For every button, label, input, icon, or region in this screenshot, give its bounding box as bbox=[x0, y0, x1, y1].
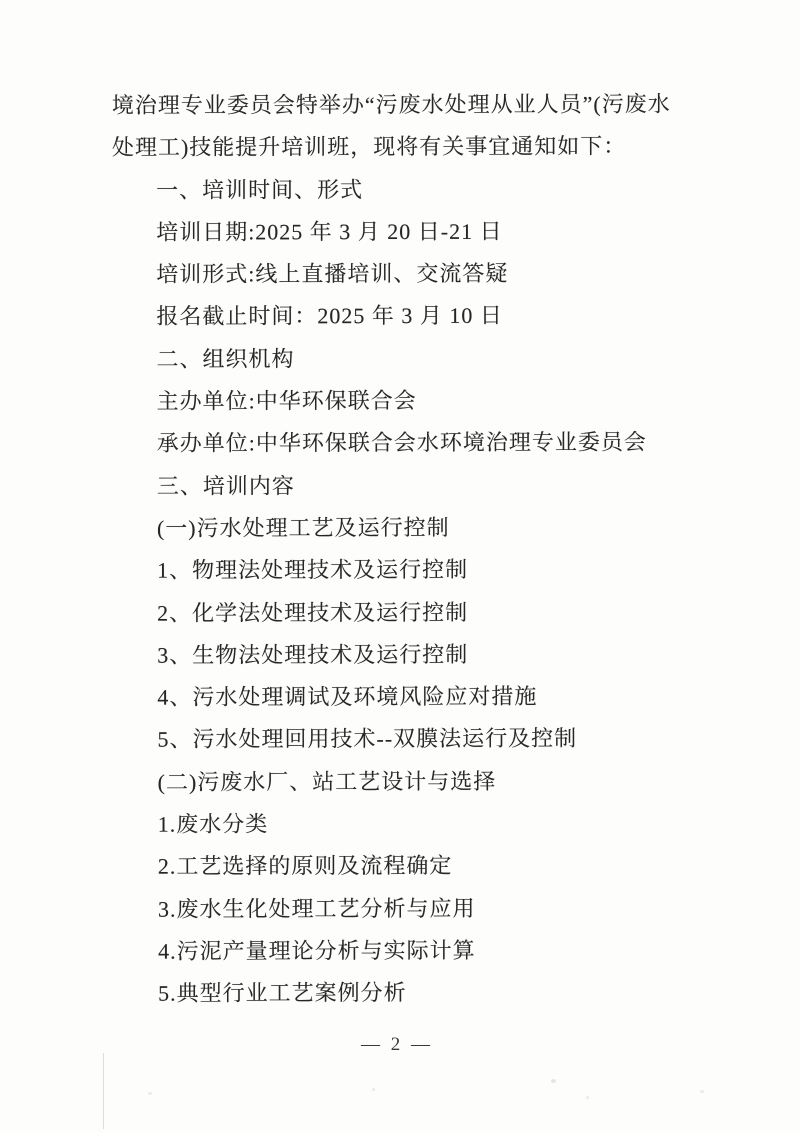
document-line: 3.废水生化处理工艺分析与应用 bbox=[114, 887, 694, 931]
document-line: (一)污水处理工艺及运行控制 bbox=[113, 506, 693, 550]
document-line: 承办单位:中华环保联合会水环境治理专业委员会 bbox=[113, 422, 693, 466]
document-line: 境治理专业委员会特举办“污废水处理从业人员”(污废水 bbox=[112, 83, 692, 127]
document-line: 报名截止时间：2025 年 3 月 10 日 bbox=[112, 295, 692, 339]
page-number: — 2 — bbox=[113, 1034, 681, 1056]
document-page: 境治理专业委员会特举办“污废水处理从业人员”(污废水处理工)技能提升培训班，现将… bbox=[0, 0, 800, 1132]
scan-artifact-speckle bbox=[700, 1090, 704, 1093]
document-line: (二)污废水厂、站工艺设计与选择 bbox=[114, 760, 694, 804]
document-line: 2、化学法处理技术及运行控制 bbox=[113, 591, 693, 635]
document-body: 境治理专业委员会特举办“污废水处理从业人员”(污废水处理工)技能提升培训班，现将… bbox=[112, 83, 694, 1015]
scan-artifact-speckle bbox=[372, 1088, 375, 1091]
document-line: 3、生物法处理技术及运行控制 bbox=[113, 633, 693, 677]
document-line: 三、培训内容 bbox=[113, 464, 693, 508]
document-line: 2.工艺选择的原则及流程确定 bbox=[114, 845, 694, 889]
document-line: 4、污水处理调试及环境风险应对措施 bbox=[113, 675, 693, 719]
document-line: 5.典型行业工艺案例分析 bbox=[114, 971, 694, 1015]
scan-artifact-speckle bbox=[148, 1092, 152, 1095]
scan-artifact-speckle bbox=[551, 1079, 556, 1083]
document-line: 一、培训时间、形式 bbox=[112, 168, 692, 212]
scan-artifact-line bbox=[103, 1053, 104, 1129]
document-line: 1.废水分类 bbox=[114, 802, 694, 846]
document-line: 培训日期:2025 年 3 月 20 日-21 日 bbox=[112, 210, 692, 254]
document-line: 主办单位:中华环保联合会 bbox=[113, 379, 693, 423]
scan-artifact-speckle bbox=[586, 1096, 589, 1099]
document-line: 二、组织机构 bbox=[112, 337, 692, 381]
document-line: 培训形式:线上直播培训、交流答疑 bbox=[112, 252, 692, 296]
document-line: 1、物理法处理技术及运行控制 bbox=[113, 549, 693, 593]
document-line: 4.污泥产量理论分析与实际计算 bbox=[114, 929, 694, 973]
document-line: 处理工)技能提升培训班，现将有关事宜通知如下： bbox=[112, 126, 692, 170]
document-line: 5、污水处理回用技术--双膜法运行及控制 bbox=[113, 718, 693, 762]
